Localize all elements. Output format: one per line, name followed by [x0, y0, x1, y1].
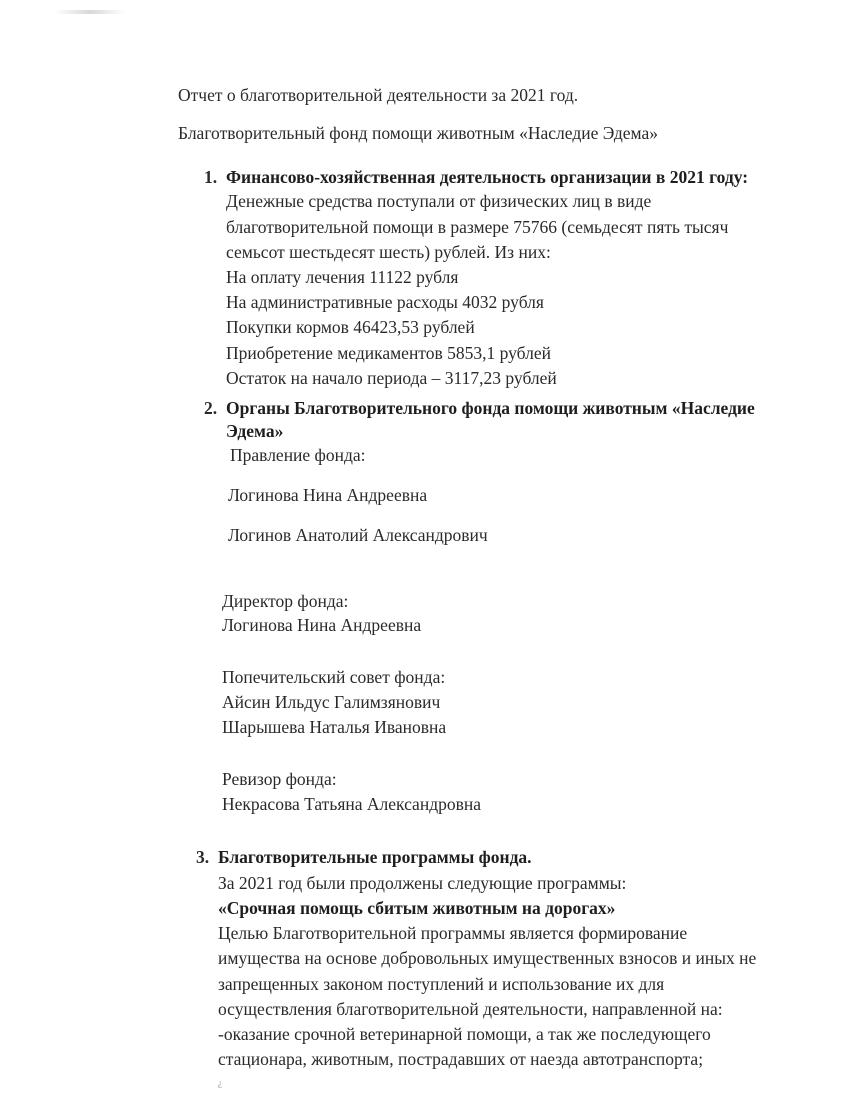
- section-2-heading-cont: Эдема»: [226, 420, 283, 442]
- program-text: -оказание срочной ветеринарной помощи, а…: [218, 1023, 711, 1045]
- program-text: запрещенных законом поступлений и исполь…: [218, 973, 664, 995]
- scan-mark: ¿: [218, 1078, 222, 1088]
- program-title: «Срочная помощь сбитым животным на дорог…: [218, 897, 615, 919]
- program-text: стационара, животным, пострадавших от на…: [218, 1048, 703, 1070]
- director-label: Директор фонда:: [222, 590, 348, 612]
- auditor-name: Некрасова Татьяна Александровна: [222, 793, 481, 815]
- expense-medicine: Приобретение медикаментов 5853,1 рублей: [226, 342, 551, 364]
- trustee-name: Шарышева Наталья Ивановна: [222, 716, 446, 738]
- expense-admin: На административные расходы 4032 рубля: [226, 291, 544, 313]
- expense-food: Покупки кормов 46423,53 рублей: [226, 316, 475, 338]
- section-3-number: 3.: [196, 846, 209, 868]
- report-title: Отчет о благотворительной деятельности з…: [178, 84, 578, 106]
- program-text: осуществления благотворительной деятельн…: [218, 998, 723, 1020]
- expense-treatment: На оплату лечения 11122 рубля: [226, 266, 458, 288]
- director-name: Логинова Нина Андреевна: [222, 614, 421, 636]
- auditor-label: Ревизор фонда:: [222, 768, 337, 790]
- trustee-name: Айсин Ильдус Галимзянович: [222, 691, 440, 713]
- board-member: Логинова Нина Андреевна: [228, 484, 427, 506]
- section-2-number: 2.: [204, 397, 217, 419]
- section-1-line: благотворительной помощи в размере 75766…: [226, 216, 728, 238]
- program-text: имущества на основе добровольных имущест…: [218, 947, 756, 969]
- section-3-heading: Благотворительные программы фонда.: [218, 846, 532, 868]
- trustees-label: Попечительский совет фонда:: [222, 666, 445, 688]
- section-3-intro: За 2021 год были продолжены следующие пр…: [218, 872, 626, 894]
- board-label: Правление фонда:: [230, 444, 366, 466]
- opening-balance: Остаток на начало периода – 3117,23 рубл…: [226, 367, 557, 389]
- board-member: Логинов Анатолий Александрович: [228, 524, 488, 546]
- section-2-heading: Органы Благотворительного фонда помощи ж…: [226, 397, 755, 419]
- section-1-line: Денежные средства поступали от физически…: [226, 190, 651, 212]
- section-1-number: 1.: [204, 166, 217, 188]
- program-text: Целью Благотворительной программы являет…: [218, 922, 687, 944]
- section-1-line: семьсот шестьдесят шесть) рублей. Из них…: [226, 241, 551, 263]
- scan-artifact: [55, 10, 125, 14]
- section-1-heading: Финансово-хозяйственная деятельность орг…: [226, 166, 748, 188]
- organization-name: Благотворительный фонд помощи животным «…: [178, 122, 658, 144]
